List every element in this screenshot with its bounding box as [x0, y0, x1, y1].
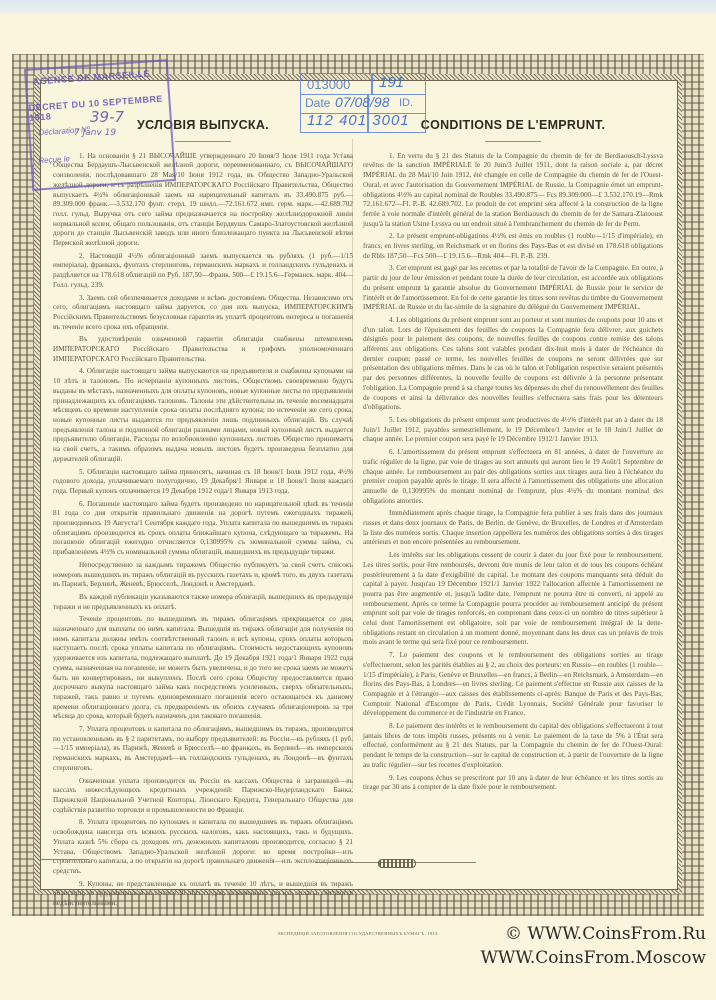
scan-top-edge [0, 0, 716, 15]
handwritten-declaration-number: 39-7 [90, 108, 124, 126]
condition-paragraph: 5. Облигаціи настоящаго займа приносятъ,… [53, 468, 353, 497]
registry-date-value: 07/08/98 [335, 94, 390, 110]
center-flourish-ornament [316, 859, 476, 867]
registry-id-label: ID. [399, 97, 413, 109]
condition-paragraph: 1. En vertu du § 21 des Statuts de la Co… [363, 152, 663, 230]
condition-paragraph: 7. Уплата процентовъ и капитала по облиг… [53, 725, 353, 774]
condition-paragraph: 3. Заемъ сей обезпечивается доходами и в… [53, 294, 353, 333]
watermark-line-1: © WWW.CoinsFrom.Ru [480, 922, 706, 946]
text-panel: УСЛОВІЯ ВЫПУСКА. 1. На основаніи § 21 ВЫ… [40, 80, 678, 890]
condition-paragraph: 7. Le paiement des coupons et le rembour… [363, 651, 663, 719]
condition-paragraph: Immédiatement après chaque tirage, la Co… [363, 509, 663, 548]
russian-paragraphs: 1. На основаніи § 21 ВЫСОЧАЙШЕ утвержден… [53, 152, 353, 909]
heading-rule [175, 141, 231, 142]
condition-paragraph: Les intérêts sur les obligations cessent… [363, 551, 663, 648]
registry-stamp: 013000 191 Date 07/08/98 ID. 112 401 300… [300, 73, 426, 133]
condition-paragraph: 2. Настоящій 4½% облигаціонный заемъ вып… [53, 252, 353, 291]
condition-paragraph: 4. Les obligations du présent emprunt so… [363, 316, 663, 413]
registry-code: 112 401 3001 [307, 112, 410, 129]
condition-paragraph: Непосредственно за каждымъ тиражемъ Обще… [53, 561, 353, 590]
stamp-received-label: Reçue le [38, 154, 70, 165]
condition-paragraph: 6. L'amortissement du présent emprunt s'… [363, 448, 663, 506]
condition-paragraph: 9. Les coupons échus se prescriront par … [363, 774, 663, 793]
condition-paragraph: 3. Cet emprunt est gagé par les recettes… [363, 264, 663, 313]
condition-paragraph: 5. Les obligations du présent emprunt so… [363, 416, 663, 445]
watermark-line-2: WWW.CoinsFrom.Moscow [480, 946, 706, 970]
left-flourish-ornament [41, 859, 89, 860]
copyright-watermark: © WWW.CoinsFrom.Ru WWW.CoinsFrom.Moscow [480, 922, 706, 970]
french-paragraphs: 1. En vertu du § 21 des Statuts de la Co… [363, 152, 663, 793]
condition-paragraph: 9. Купоны, не представленные къ оплатѣ в… [53, 880, 353, 909]
condition-paragraph: 8. Уплата процентовъ по купонамъ и капит… [53, 818, 353, 876]
condition-paragraph: 2. Le présent emprunt-obligations 4½% es… [363, 232, 663, 261]
condition-paragraph: Въ удостовѣреніе означенной гарантіи обл… [53, 335, 353, 364]
condition-paragraph: 6. Погашеніе настоящаго займа будетъ про… [53, 500, 353, 558]
stamp-agency-line: AGENCE DE MARSEILLE [32, 68, 150, 86]
registry-reference: 191 [379, 74, 404, 91]
registry-date-label: Date [305, 96, 330, 110]
french-conditions-column: CONDITIONS DE L'EMPRUNT. 1. En vertu du … [363, 81, 663, 796]
registry-number: 013000 [307, 77, 350, 92]
handwritten-received-date: 7 Janv 19 [74, 128, 116, 138]
condition-paragraph: 4. Облигаціи настоящаго займа выпускаютс… [53, 367, 353, 464]
heading-rule [485, 141, 541, 142]
condition-paragraph: 8. Le paiement des intérêts et le rembou… [363, 722, 663, 771]
condition-paragraph: Въ каждой публикаціи указываются также н… [53, 593, 353, 612]
condition-paragraph: Теченіе процентовъ по вышедшимъ въ тираж… [53, 615, 353, 722]
condition-paragraph: Означенная уплата производится въ Россіи… [53, 777, 353, 816]
russian-conditions-column: УСЛОВІЯ ВЫПУСКА. 1. На основаніи § 21 ВЫ… [53, 81, 353, 912]
